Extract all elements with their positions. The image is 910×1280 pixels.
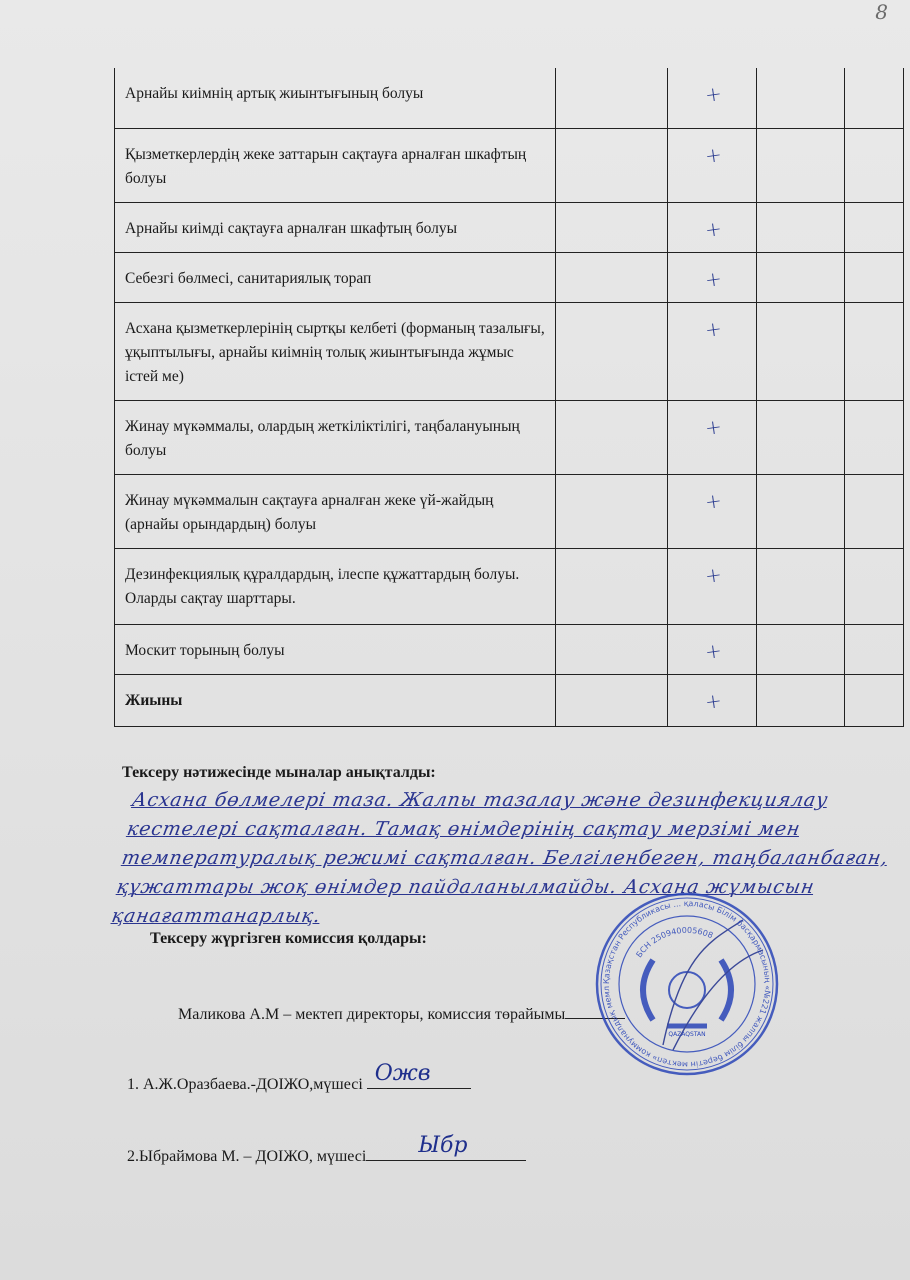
- mark-cell: [556, 674, 668, 726]
- plus-mark-icon: +: [703, 413, 723, 439]
- criterion-cell: Арнайы киімнің артық жиынтығының болуы: [115, 68, 556, 128]
- mark-cell: [845, 674, 904, 726]
- table-row: Жинау мүкәммалын сақтауға арналған жеке …: [115, 474, 904, 548]
- mark-cell: +: [668, 624, 757, 674]
- member-2-label: 2.Ыбраймова М. – ДОІЖО, мүшесі: [127, 1148, 366, 1165]
- mark-cell: [845, 128, 904, 202]
- mark-cell: [556, 400, 668, 474]
- mark-cell: [845, 548, 904, 624]
- mark-cell: [756, 302, 844, 400]
- mark-cell: [756, 624, 844, 674]
- member-2-signature: Ыбр: [418, 1133, 467, 1158]
- plus-mark-icon: +: [703, 265, 723, 291]
- mark-cell: [556, 302, 668, 400]
- mark-cell: +: [668, 68, 757, 128]
- criterion-cell: Арнайы киімді сақтауға арналған шкафтың …: [115, 202, 556, 252]
- chair-label: Маликова А.М – мектеп директоры, комисси…: [178, 1006, 565, 1023]
- mark-cell: [556, 474, 668, 548]
- mark-cell: [845, 302, 904, 400]
- plus-mark-icon: +: [703, 141, 723, 167]
- official-stamp: Қазақстан Республикасы ... қаласы Білім …: [593, 890, 781, 1078]
- table-row: Москит торының болуы+: [115, 624, 904, 674]
- table-row: Жинау мүкәммалы, олардың жеткіліктілігі,…: [115, 400, 904, 474]
- chair-signature-line: Маликова А.М – мектеп директоры, комисси…: [178, 1002, 625, 1024]
- table-row: Асхана қызметкерлерінің сыртқы келбеті (…: [115, 302, 904, 400]
- criterion-cell: Дезинфекциялық құралдардың, ілеспе құжат…: [115, 548, 556, 624]
- mark-cell: [845, 624, 904, 674]
- signature-blank: Ожв: [367, 1072, 471, 1089]
- plus-mark-icon: +: [703, 561, 723, 587]
- stamp-center-text: QAZAQSTAN: [668, 1031, 705, 1038]
- mark-cell: [756, 68, 844, 128]
- mark-cell: [756, 128, 844, 202]
- findings-handwritten-text: Асхана бөлмелері таза. Жалпы тазалау жән…: [109, 786, 905, 931]
- member-1-signature-line: 1. А.Ж.Оразбаева.-ДОІЖО,мүшесі Ожв: [127, 1072, 471, 1094]
- table-row: Арнайы киімнің артық жиынтығының болуы+: [115, 68, 904, 128]
- plus-mark-icon: +: [703, 637, 723, 663]
- member-1-signature: Ожв: [375, 1061, 431, 1086]
- plus-mark-icon: +: [703, 687, 723, 713]
- svg-text:БСН 250940005608: БСН 250940005608: [634, 926, 714, 959]
- member-2-signature-line: 2.Ыбраймова М. – ДОІЖО, мүшесі Ыбр: [127, 1144, 526, 1166]
- table-row: Себезгі бөлмесі, санитариялық торап+: [115, 252, 904, 302]
- table-row: Жиыны+: [115, 674, 904, 726]
- mark-cell: [756, 400, 844, 474]
- mark-cell: [845, 400, 904, 474]
- mark-cell: +: [668, 202, 757, 252]
- mark-cell: [556, 128, 668, 202]
- plus-mark-icon: +: [703, 487, 723, 513]
- mark-cell: +: [668, 252, 757, 302]
- plus-mark-icon: +: [703, 315, 723, 341]
- commission-title: Тексеру жүргізген комиссия қолдары:: [150, 930, 427, 948]
- member-1-label: 1. А.Ж.Оразбаева.-ДОІЖО,мүшесі: [127, 1076, 363, 1093]
- mark-cell: +: [668, 302, 757, 400]
- mark-cell: +: [668, 474, 757, 548]
- mark-cell: [556, 252, 668, 302]
- mark-cell: [756, 202, 844, 252]
- table-row: Арнайы киімді сақтауға арналған шкафтың …: [115, 202, 904, 252]
- mark-cell: [556, 624, 668, 674]
- mark-cell: [756, 474, 844, 548]
- mark-cell: +: [668, 674, 757, 726]
- mark-cell: [556, 68, 668, 128]
- table-row: Дезинфекциялық құралдардың, ілеспе құжат…: [115, 548, 904, 624]
- criterion-cell: Асхана қызметкерлерінің сыртқы келбеті (…: [115, 302, 556, 400]
- table-row: Қызметкерлердің жеке заттарын сақтауға а…: [115, 128, 904, 202]
- mark-cell: [845, 474, 904, 548]
- stamp-bin: БСН 250940005608: [634, 926, 714, 959]
- plus-mark-icon: +: [703, 215, 723, 241]
- checklist-table: Арнайы киімнің артық жиынтығының болуы+Қ…: [114, 68, 904, 727]
- criterion-cell: Қызметкерлердің жеке заттарын сақтауға а…: [115, 128, 556, 202]
- criterion-cell: Жиыны: [115, 674, 556, 726]
- mark-cell: [556, 202, 668, 252]
- mark-cell: [845, 202, 904, 252]
- mark-cell: [556, 548, 668, 624]
- findings-title: Тексеру нәтижесінде мыналар анықталды:: [122, 764, 436, 782]
- criterion-cell: Себезгі бөлмесі, санитариялық торап: [115, 252, 556, 302]
- criterion-cell: Жинау мүкәммалын сақтауға арналған жеке …: [115, 474, 556, 548]
- mark-cell: [845, 252, 904, 302]
- criterion-cell: Москит торының болуы: [115, 624, 556, 674]
- mark-cell: +: [668, 128, 757, 202]
- mark-cell: +: [668, 548, 757, 624]
- signature-blank: Ыбр: [366, 1144, 526, 1161]
- mark-cell: [756, 252, 844, 302]
- mark-cell: [845, 68, 904, 128]
- page-number: 8: [875, 0, 888, 24]
- mark-cell: [756, 674, 844, 726]
- criterion-cell: Жинау мүкәммалы, олардың жеткіліктілігі,…: [115, 400, 556, 474]
- mark-cell: [756, 548, 844, 624]
- mark-cell: +: [668, 400, 757, 474]
- plus-mark-icon: +: [703, 81, 723, 107]
